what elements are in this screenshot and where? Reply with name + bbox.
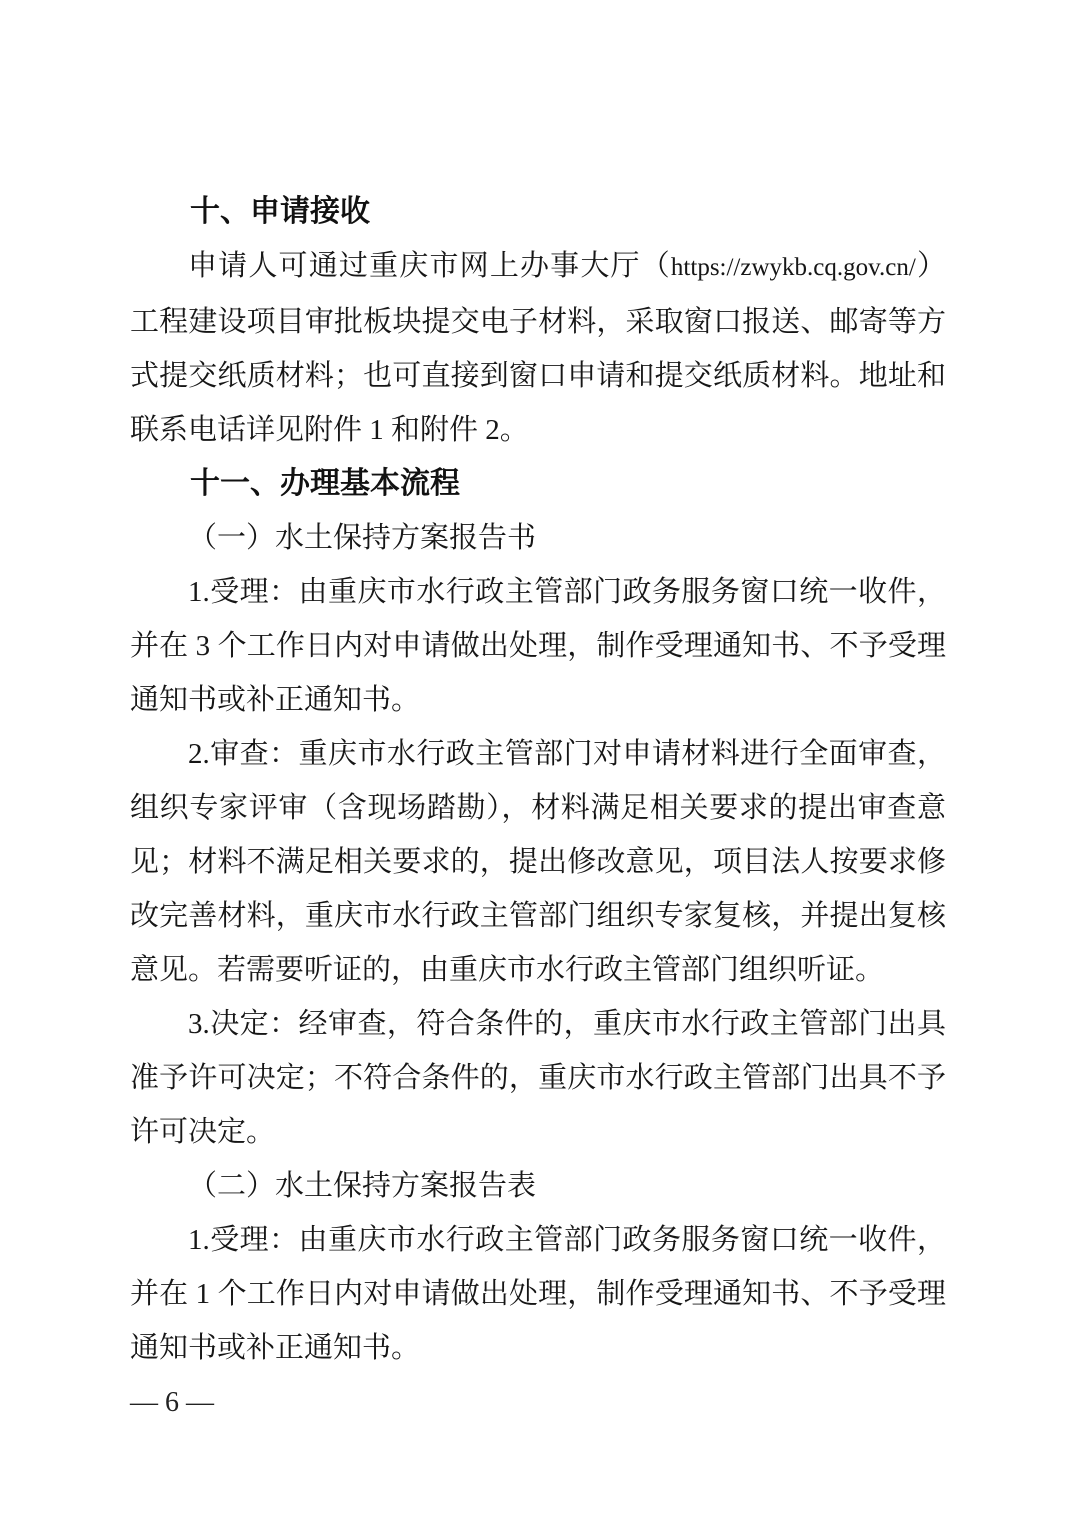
- subsection-1-soil-conservation-report-book: （一）水土保持方案报告书: [130, 511, 946, 565]
- paragraph-report-book-step-3-decision: 3.决定：经审查，符合条件的，重庆市水行政主管部门出具准予许可决定；不符合条件的…: [130, 997, 946, 1159]
- online-service-hall-url: https://zwykb.cq.gov.cn/: [671, 254, 916, 281]
- page-number: — 6 —: [130, 1381, 946, 1425]
- paragraph-report-book-step-1-acceptance: 1.受理：由重庆市水行政主管部门政务服务窗口统一收件，并在 3 个工作日内对申请…: [130, 565, 946, 727]
- paragraph-application-reception: 申请人可通过重庆市网上办事大厅（https://zwykb.cq.gov.cn/…: [130, 239, 946, 457]
- section-heading-11-basic-process: 十一、办理基本流程: [130, 457, 946, 511]
- subsection-2-soil-conservation-report-form: （二）水土保持方案报告表: [130, 1159, 946, 1213]
- paragraph-report-book-step-2-review: 2.审查：重庆市水行政主管部门对申请材料进行全面审查，组织专家评审（含现场踏勘）…: [130, 727, 946, 997]
- paragraph-report-form-step-1-acceptance: 1.受理：由重庆市水行政主管部门政务服务窗口统一收件，并在 1 个工作日内对申请…: [130, 1213, 946, 1375]
- paragraph-text-before-url: 申请人可通过重庆市网上办事大厅（: [188, 250, 671, 282]
- document-page: 十、申请接收 申请人可通过重庆市网上办事大厅（https://zwykb.cq.…: [0, 0, 1074, 1520]
- section-heading-10-application-reception: 十、申请接收: [130, 185, 946, 239]
